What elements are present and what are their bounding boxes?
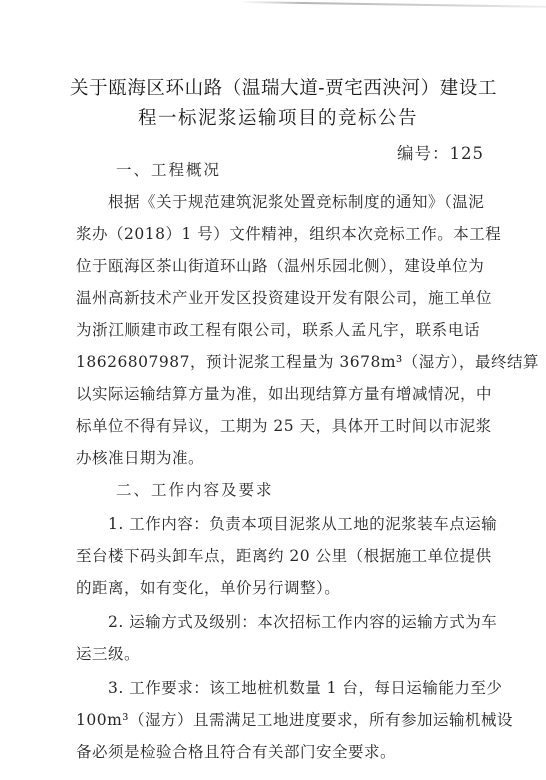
scan-artifact-line xyxy=(240,1,546,8)
item-1-line: 1. 工作内容：负责本项目泥浆从工地的泥浆装车点运输 xyxy=(108,512,480,534)
item-3-line: 备必须是检验合格且符合有关部门安全要求。 xyxy=(76,740,480,762)
item-2-line: 运三级。 xyxy=(76,642,480,664)
paragraph-line: 为浙江顺建市政工程有限公司，联系人孟凡宇，联系电话 xyxy=(76,318,480,340)
item-1-line: 至台楼下码头卸车点，距离约 20 公里（根据施工单位提供 xyxy=(76,544,480,566)
document-number: 编号：125 xyxy=(397,140,484,164)
item-1-line: 的距离，如有变化，单价另行调整）。 xyxy=(76,576,480,598)
paragraph-line: 以实际运输结算方量为准，如出现结算方量有增减情况，中 xyxy=(76,382,480,404)
paragraph-line: 18626807987，预计泥浆工程量为 3678m³（湿方），最终结算 xyxy=(76,350,480,372)
paragraph-line: 温州高新技术产业开发区投资建设开发有限公司，施工单位 xyxy=(76,286,480,308)
paragraph-line: 办核准日期为准。 xyxy=(76,446,480,468)
section-heading-overview: 一、工程概况 xyxy=(116,158,221,180)
paragraph-line: 根据《关于规范建筑泥浆处置竞标制度的通知》（温泥 xyxy=(108,190,480,212)
item-3-line: 100m³（湿方）且需满足工地进度要求，所有参加运输机械设 xyxy=(76,708,480,730)
paragraph-line: 位于瓯海区茶山街道环山路（温州乐园北侧），建设单位为 xyxy=(76,254,480,276)
item-3-line: 3. 工作要求：该工地桩机数量 1 台，每日运输能力至少 xyxy=(108,676,480,698)
section-heading-work: 二、工作内容及要求 xyxy=(116,478,274,500)
doc-number-value: 125 xyxy=(450,144,485,163)
item-2-line: 2. 运输方式及级别：本次招标工作内容的运输方式为车 xyxy=(108,610,480,632)
title-line-2: 程一标泥浆运输项目的竞标公告 xyxy=(76,104,480,130)
paragraph-line: 浆办（2018）1 号）文件精神，组织本次竞标工作。本工程 xyxy=(76,222,480,244)
paragraph-line: 标单位不得有异议，工期为 25 天，具体开工时间以市泥浆 xyxy=(76,414,480,436)
doc-number-label: 编号： xyxy=(397,144,450,163)
title-line-1: 关于瓯海区环山路（温瑞大道-贾宅西泱河）建设工 xyxy=(70,74,486,100)
